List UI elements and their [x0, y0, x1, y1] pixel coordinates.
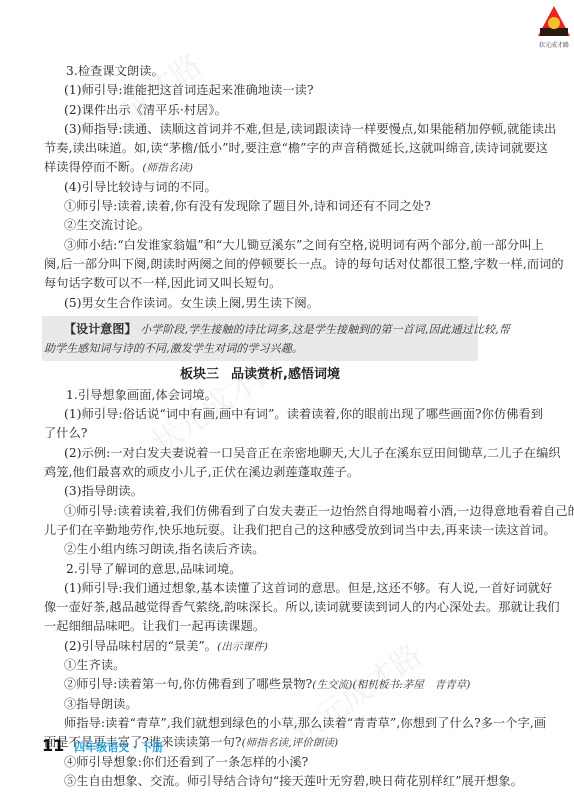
paragraph-line: ②生小组内练习朗读,指名读后齐读。: [44, 540, 476, 559]
line-text: 2.引导了解词的意思,品味词境。: [66, 562, 242, 576]
paragraph-line: ②生交流讨论。: [44, 216, 476, 235]
paragraph-line: ①师引导:读着,读着,你有没有发现除了题目外,诗和词还有不同之处?: [44, 197, 476, 216]
line-text: (2)引导品味村居的“景美”。: [64, 639, 217, 653]
line-text: ③师小结:“白发谁家翁媪”和“大儿锄豆溪东”之间有空格,说明词有两个部分,前一部…: [64, 238, 544, 252]
teacher-note: (出示课件): [217, 641, 268, 653]
paragraph-line: 鸡笼,他们最喜欢的顽皮小儿子,正伏在溪边剥莲蓬取莲子。: [44, 463, 476, 482]
line-text: ①师引导:读着读着,我们仿佛看到了白发夫妻正一边怡然自得地喝着小酒,一边得意地看…: [64, 504, 574, 518]
line-text: 一起细细品味吧。让我们一起再读课题。: [44, 619, 265, 633]
paragraph-line: 样读得停而不断。(师指名读): [44, 158, 476, 177]
line-text: ⑤生自由想象、交流。师引导结合诗句“接天莲叶无穷碧,映日荷花别样红”展开想象。: [64, 774, 523, 788]
line-text: (5)男女生合作读词。女生读上阕,男生读下阕。: [64, 296, 319, 310]
line-text: (3)师指导:读通、读顺这首词并不难,但是,读词跟读诗一样要慢点,如果能稍加停顿…: [64, 122, 556, 136]
paragraph-line: ④师引导想象:你们还看到了一条怎样的小溪?: [44, 753, 476, 772]
section-heading: 板块三品读赏析,感悟词境: [44, 364, 476, 386]
logo-band: [540, 28, 568, 36]
paragraph-line: ①师引导:读着读着,我们仿佛看到了白发夫妻正一边怡然自得地喝着小酒,一边得意地看…: [44, 502, 476, 521]
design-intent-box: 【设计意图】 小学阶段,学生接触的诗比词多,这是学生接触到的第一首词,因此通过比…: [42, 316, 478, 361]
paragraph-line: (2)课件出示《清平乐·村居》。: [44, 101, 476, 120]
publisher-logo: 状元成才路: [536, 6, 572, 54]
line-text: 儿子们在辛勤地劳作,快乐地玩耍。让我们把自己的这种感受放到词当中去,再来读一读这…: [44, 523, 556, 537]
line-text: (3)指导朗读。: [64, 484, 143, 498]
line-text: 每句话字数可以不一样,因此词又叫长短句。: [44, 276, 281, 290]
line-text: ②生交流讨论。: [64, 218, 150, 232]
design-intent-text: 助学生感知词与诗的不同,激发学生对词的学习兴趣。: [44, 339, 476, 358]
paragraph-line: 2.引导了解词的意思,品味词境。: [44, 560, 476, 579]
section-appreciation: 1.引导想象画面,体会词境。(1)师引导:俗话说“词中有画,画中有词”。读着读着…: [44, 386, 476, 791]
paragraph-line: 节奏,读出味道。如,读“茅檐/低小”时,要注意“檐”字的声音稍微延长,这就叫绵音…: [44, 139, 476, 158]
line-text: ④师引导想象:你们还看到了一条怎样的小溪?: [64, 755, 308, 769]
teacher-note: (师指名读,评价朗读): [242, 737, 339, 749]
line-text: ①师引导:读着,读着,你有没有发现除了题目外,诗和词还有不同之处?: [64, 199, 431, 213]
page-content: 3.检查课文朗读。(1)师引导:谁能把这首词连起来准确地读一读?(2)课件出示《…: [44, 62, 476, 791]
paragraph-line: 师指导:读着“青草”,我们就想到绿色的小草,那么读着“青青草”,你想到了什么?多…: [44, 714, 476, 733]
line-text: (4)引导比较诗与词的不同。: [64, 180, 217, 194]
logo-emblem-icon: [548, 17, 560, 29]
paragraph-line: 每句话字数可以不一样,因此词又叫长短句。: [44, 274, 476, 293]
paragraph-line: 阕,后一部分叫下阕,朗读时两阕之间的停顿要长一点。诗的每句话对仗都很工整,字数一…: [44, 255, 476, 274]
teacher-note: (师指名读): [142, 162, 193, 174]
line-text: (1)师引导:俗话说“词中有画,画中有词”。读着读着,你的眼前出现了哪些画面?你…: [64, 407, 543, 421]
line-text: 1.引导想象画面,体会词境。: [66, 388, 217, 402]
paragraph-line: 像一壶好茶,越品越觉得香气萦绕,韵味深长。所以,读词就要读到词人的内心深处去。那…: [44, 598, 476, 617]
paragraph-line: 3.检查课文朗读。: [44, 62, 476, 81]
paragraph-line: ②师引导:读着第一句,你仿佛看到了哪些景物?(生交流)(相机板书:茅屋 青青草): [44, 675, 476, 694]
line-text: 3.检查课文朗读。: [66, 64, 164, 78]
logo-text: 状元成才路: [534, 40, 574, 49]
line-text: 了什么?: [44, 426, 88, 440]
line-text: ①生齐读。: [64, 658, 125, 672]
page-number: 11: [42, 736, 64, 755]
line-text: 师指导:读着“青草”,我们就想到绿色的小草,那么读着“青青草”,你想到了什么?多…: [64, 716, 546, 730]
paragraph-line: (1)师引导:我们通过想象,基本读懂了这首词的意思。但是,这还不够。有人说,一首…: [44, 579, 476, 598]
paragraph-line: ③师小结:“白发谁家翁媪”和“大儿锄豆溪东”之间有空格,说明词有两个部分,前一部…: [44, 236, 476, 255]
paragraph-line: 一起细细品味吧。让我们一起再读课题。: [44, 617, 476, 636]
line-text: 节奏,读出味道。如,读“茅檐/低小”时,要注意“檐”字的声音稍微延长,这就叫绵音…: [44, 141, 548, 155]
paragraph-line: ①生齐读。: [44, 656, 476, 675]
paragraph-line: ⑤生自由想象、交流。师引导结合诗句“接天莲叶无穷碧,映日荷花别样红”展开想象。: [44, 772, 476, 791]
teacher-note: (生交流)(相机板书:茅屋 青青草): [312, 679, 470, 691]
design-intent-label: 【设计意图】: [64, 322, 137, 336]
line-text: 像一壶好茶,越品越觉得香气萦绕,韵味深长。所以,读词就要读到词人的内心深处去。那…: [44, 600, 560, 614]
paragraph-line: (4)引导比较诗与词的不同。: [44, 178, 476, 197]
paragraph-line: (2)引导品味村居的“景美”。(出示课件): [44, 637, 476, 656]
line-text: ②师引导:读着第一句,你仿佛看到了哪些景物?: [64, 677, 312, 691]
line-text: ③指导朗读。: [64, 697, 138, 711]
section-reading-check: 3.检查课文朗读。(1)师引导:谁能把这首词连起来准确地读一读?(2)课件出示《…: [44, 62, 476, 313]
paragraph-line: 了什么?: [44, 424, 476, 443]
paragraph-line: 儿子们在辛勤地劳作,快乐地玩耍。让我们把自己的这种感受放到词当中去,再来读一读这…: [44, 521, 476, 540]
line-text: (2)示例:一对白发夫妻说着一口吴音正在亲密地聊天,大儿子在溪东豆田间锄草,二儿…: [64, 446, 561, 460]
line-text: (1)师引导:谁能把这首词连起来准确地读一读?: [64, 83, 314, 97]
paragraph-line: ③指导朗读。: [44, 695, 476, 714]
design-intent-text: 小学阶段,学生接触的诗比词多,这是学生接触到的第一首词,因此通过比较,帮: [137, 323, 510, 336]
line-text: 阕,后一部分叫下阕,朗读时两阕之间的停顿要长一点。诗的每句话对仗都很工整,字数一…: [44, 257, 564, 271]
book-title: 四年级语文 · 下册: [74, 739, 163, 755]
page-footer: 11 四年级语文 · 下册: [42, 736, 163, 755]
paragraph-line: 1.引导想象画面,体会词境。: [44, 386, 476, 405]
section-number: 板块三: [180, 367, 219, 382]
paragraph-line: (1)师引导:俗话说“词中有画,画中有词”。读着读着,你的眼前出现了哪些画面?你…: [44, 405, 476, 424]
line-text: 样读得停而不断。: [44, 160, 142, 174]
line-text: ②生小组内练习朗读,指名读后齐读。: [64, 542, 265, 556]
paragraph-line: (3)师指导:读通、读顺这首词并不难,但是,读词跟读诗一样要慢点,如果能稍加停顿…: [44, 120, 476, 139]
line-text: (2)课件出示《清平乐·村居》。: [64, 103, 227, 117]
line-text: 鸡笼,他们最喜欢的顽皮小儿子,正伏在溪边剥莲蓬取莲子。: [44, 465, 359, 479]
paragraph-line: (1)师引导:谁能把这首词连起来准确地读一读?: [44, 81, 476, 100]
line-text: (1)师引导:我们通过想象,基本读懂了这首词的意思。但是,这还不够。有人说,一首…: [64, 581, 552, 595]
section-title-text: 品读赏析,感悟词境: [231, 367, 340, 382]
paragraph-line: (2)示例:一对白发夫妻说着一口吴音正在亲密地聊天,大儿子在溪东豆田间锄草,二儿…: [44, 444, 476, 463]
paragraph-line: (3)指导朗读。: [44, 482, 476, 501]
paragraph-line: (5)男女生合作读词。女生读上阕,男生读下阕。: [44, 294, 476, 313]
